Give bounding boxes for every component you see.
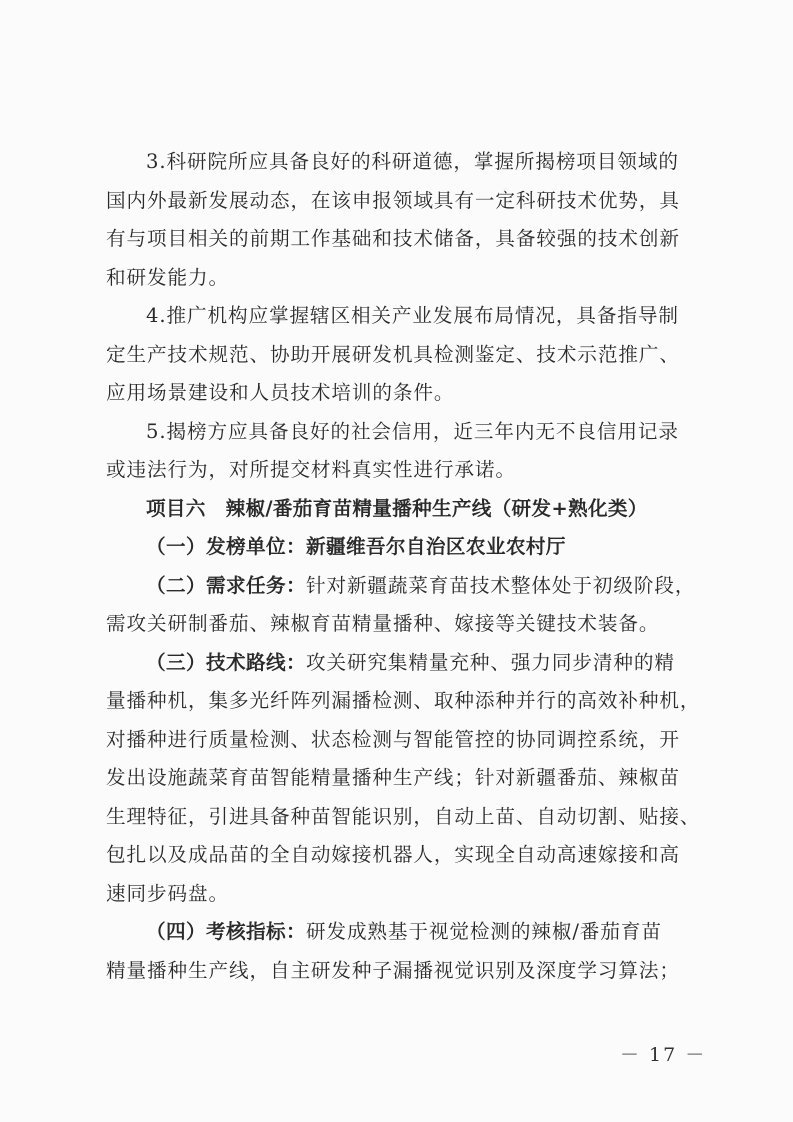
paragraph-4-line-1: 4.推广机构应掌握辖区相关产业发展布局情况，具备指导制 bbox=[106, 297, 696, 336]
section-4-line-2: 精量播种生产线，自主研发种子漏播视觉识别及深度学习算法； bbox=[106, 952, 696, 991]
page-number: － 17 － bbox=[620, 1040, 706, 1067]
section-3-line-1: （三）技术路线：攻关研究集精量充种、强力同步清种的精 bbox=[106, 644, 696, 683]
project-title: 项目六 辣椒/番茄育苗精量播种生产线（研发+熟化类） bbox=[106, 490, 696, 529]
section-4-text: 研发成熟基于视觉检测的辣椒/番茄育苗 bbox=[306, 920, 662, 943]
section-4-label: （四）考核指标： bbox=[146, 920, 306, 943]
paragraph-4-line-2: 定生产技术规范、协助开展研发机具检测鉴定、技术示范推广、 bbox=[106, 336, 696, 375]
paragraph-3-line-4: 和研发能力。 bbox=[106, 259, 696, 298]
section-3-line-4: 发出设施蔬菜育苗智能精量播种生产线；针对新疆番茄、辣椒苗 bbox=[106, 759, 696, 798]
paragraph-3-line-1: 3.科研院所应具备良好的科研道德，掌握所揭榜项目领域的 bbox=[106, 143, 696, 182]
paragraph-3-line-2: 国内外最新发展动态，在该申报领域具有一定科研技术优势，具 bbox=[106, 182, 696, 221]
section-2-label: （二）需求任务： bbox=[146, 574, 306, 597]
document-page: 3.科研院所应具备良好的科研道德，掌握所揭榜项目领域的 国内外最新发展动态，在该… bbox=[106, 143, 696, 990]
section-2-line-1: （二）需求任务：针对新疆蔬菜育苗技术整体处于初级阶段， bbox=[106, 567, 696, 606]
section-4-line-1: （四）考核指标：研发成熟基于视觉检测的辣椒/番茄育苗 bbox=[106, 913, 696, 952]
paragraph-5-line-1: 5.揭榜方应具备良好的社会信用，近三年内无不良信用记录 bbox=[106, 413, 696, 452]
section-3-line-3: 对播种进行质量检测、状态检测与智能管控的协同调控系统，开 bbox=[106, 721, 696, 760]
section-3-line-2: 量播种机，集多光纤阵列漏播检测、取种添种并行的高效补种机， bbox=[106, 682, 696, 721]
section-1-text: 新疆维吾尔自治区农业农村厅 bbox=[306, 535, 566, 558]
paragraph-4-line-3: 应用场景建设和人员技术培训的条件。 bbox=[106, 374, 696, 413]
section-3-text: 攻关研究集精量充种、强力同步清种的精 bbox=[306, 651, 675, 674]
paragraph-5-line-2: 或违法行为，对所提交材料真实性进行承诺。 bbox=[106, 451, 696, 490]
section-3-line-7: 速同步码盘。 bbox=[106, 875, 696, 914]
section-2-text: 针对新疆蔬菜育苗技术整体处于初级阶段， bbox=[306, 574, 695, 597]
section-3-label: （三）技术路线： bbox=[146, 651, 306, 674]
section-3-line-6: 包扎以及成品苗的全自动嫁接机器人，实现全自动高速嫁接和高 bbox=[106, 836, 696, 875]
section-1: （一）发榜单位：新疆维吾尔自治区农业农村厅 bbox=[106, 528, 696, 567]
section-2-line-2: 需攻关研制番茄、辣椒育苗精量播种、嫁接等关键技术装备。 bbox=[106, 605, 696, 644]
paragraph-3-line-3: 有与项目相关的前期工作基础和技术储备，具备较强的技术创新 bbox=[106, 220, 696, 259]
section-1-label: （一）发榜单位： bbox=[146, 535, 306, 558]
section-3-line-5: 生理特征，引进具备种苗智能识别，自动上苗、自动切割、贴接、 bbox=[106, 798, 696, 837]
